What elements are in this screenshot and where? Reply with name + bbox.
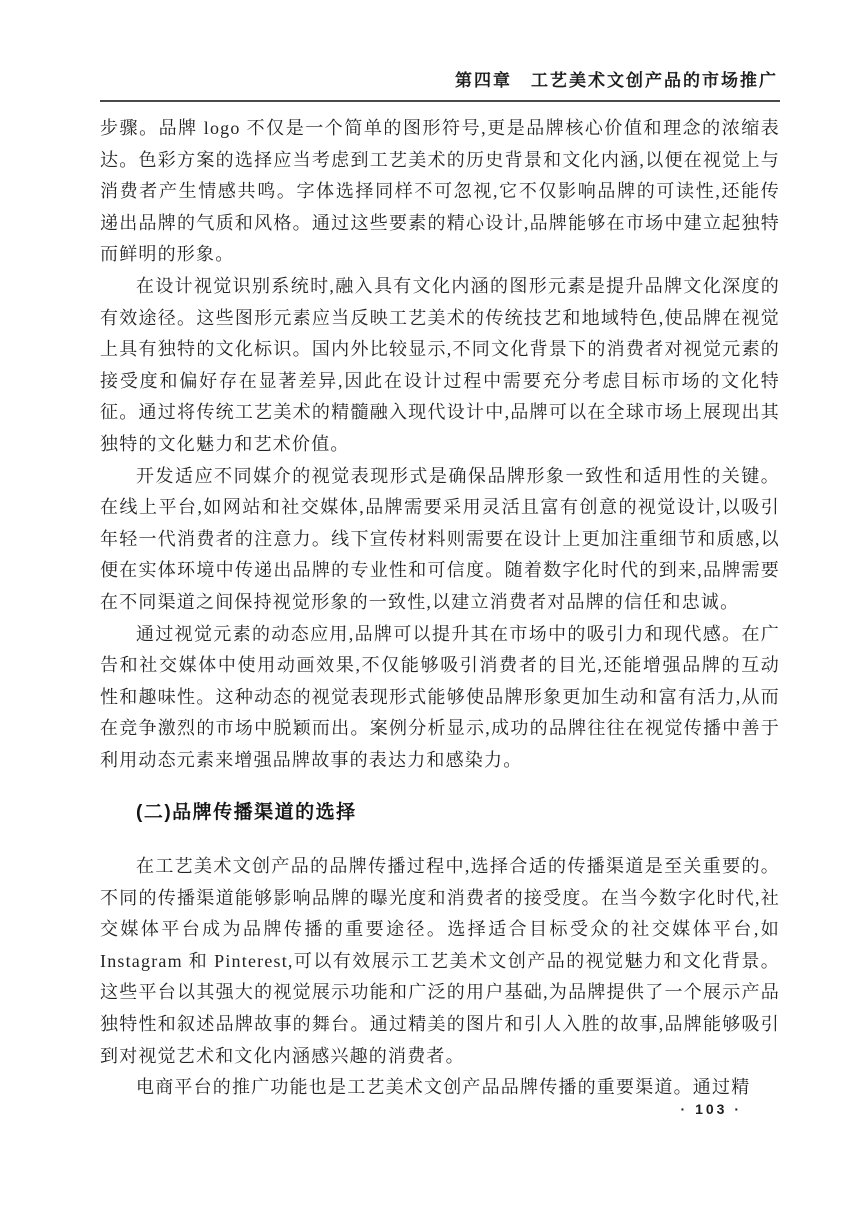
header-rule xyxy=(100,100,780,102)
paragraph: 开发适应不同媒介的视觉表现形式是确保品牌形象一致性和适用性的关键。在线上平台,如… xyxy=(100,461,780,619)
body-text: 步骤。品牌 logo 不仅是一个简单的图形符号,更是品牌核心价值和理念的浓缩表达… xyxy=(100,113,780,1104)
page-content: 第四章 工艺美术文创产品的市场推广 步骤。品牌 logo 不仅是一个简单的图形符… xyxy=(100,66,780,1104)
paragraph: 电商平台的推广功能也是工艺美术文创产品品牌传播的重要渠道。通过精 xyxy=(100,1072,780,1104)
section-heading: (二)品牌传播渠道的选择 xyxy=(100,797,780,829)
page-number: · 103 · xyxy=(681,1101,742,1117)
paragraph: 在设计视觉识别系统时,融入具有文化内涵的图形元素是提升品牌文化深度的有效途径。这… xyxy=(100,271,780,461)
paragraph-continuation: 步骤。品牌 logo 不仅是一个简单的图形符号,更是品牌核心价值和理念的浓缩表达… xyxy=(100,113,780,271)
paragraph: 通过视觉元素的动态应用,品牌可以提升其在市场中的吸引力和现代感。在广告和社交媒体… xyxy=(100,619,780,777)
running-header-chapter-title: 第四章 工艺美术文创产品的市场推广 xyxy=(100,66,780,91)
paragraph: 在工艺美术文创产品的品牌传播过程中,选择合适的传播渠道是至关重要的。不同的传播渠… xyxy=(100,851,780,1072)
book-page: 第四章 工艺美术文创产品的市场推广 步骤。品牌 logo 不仅是一个简单的图形符… xyxy=(0,0,860,1208)
